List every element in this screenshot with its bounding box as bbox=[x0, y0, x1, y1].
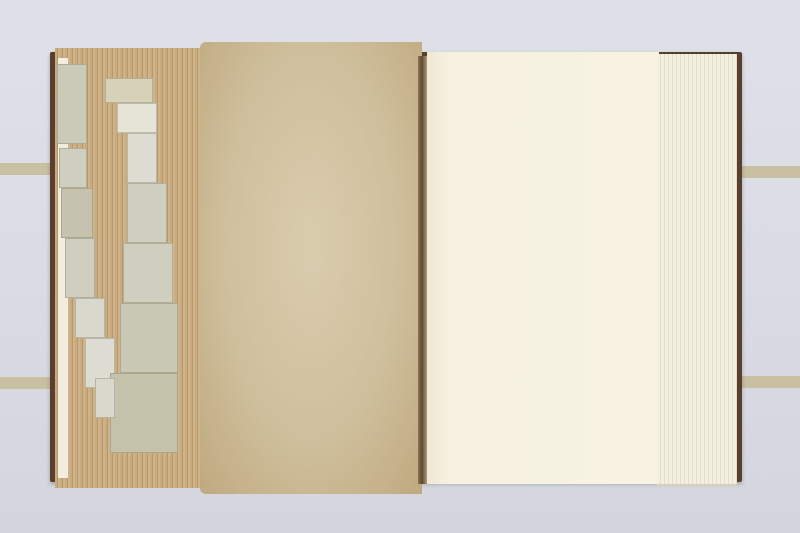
right-page-blank bbox=[427, 52, 659, 484]
tipped-leaf bbox=[120, 303, 178, 373]
tipped-leaf bbox=[105, 78, 153, 103]
tie-strap-right-bottom bbox=[736, 376, 800, 388]
tipped-leaf bbox=[117, 103, 157, 133]
tipped-leaf bbox=[95, 378, 115, 418]
tie-strap-right-top bbox=[736, 166, 800, 178]
right-page-edges bbox=[657, 54, 737, 486]
tie-strap-left-top bbox=[0, 163, 56, 175]
tipped-leaf bbox=[59, 148, 87, 188]
tipped-leaf bbox=[61, 188, 93, 238]
tie-strap-left-bottom bbox=[0, 377, 56, 389]
tipped-leaf bbox=[110, 373, 178, 453]
tipped-leaf bbox=[75, 298, 105, 338]
tipped-leaf bbox=[57, 64, 87, 144]
tipped-leaf bbox=[123, 243, 173, 303]
left-page-blank-aged bbox=[200, 42, 422, 494]
tipped-leaf bbox=[127, 133, 157, 183]
left-text-block-with-tipped-in-leaves bbox=[55, 48, 205, 488]
tipped-leaf bbox=[65, 238, 95, 298]
tipped-leaf bbox=[127, 183, 167, 243]
